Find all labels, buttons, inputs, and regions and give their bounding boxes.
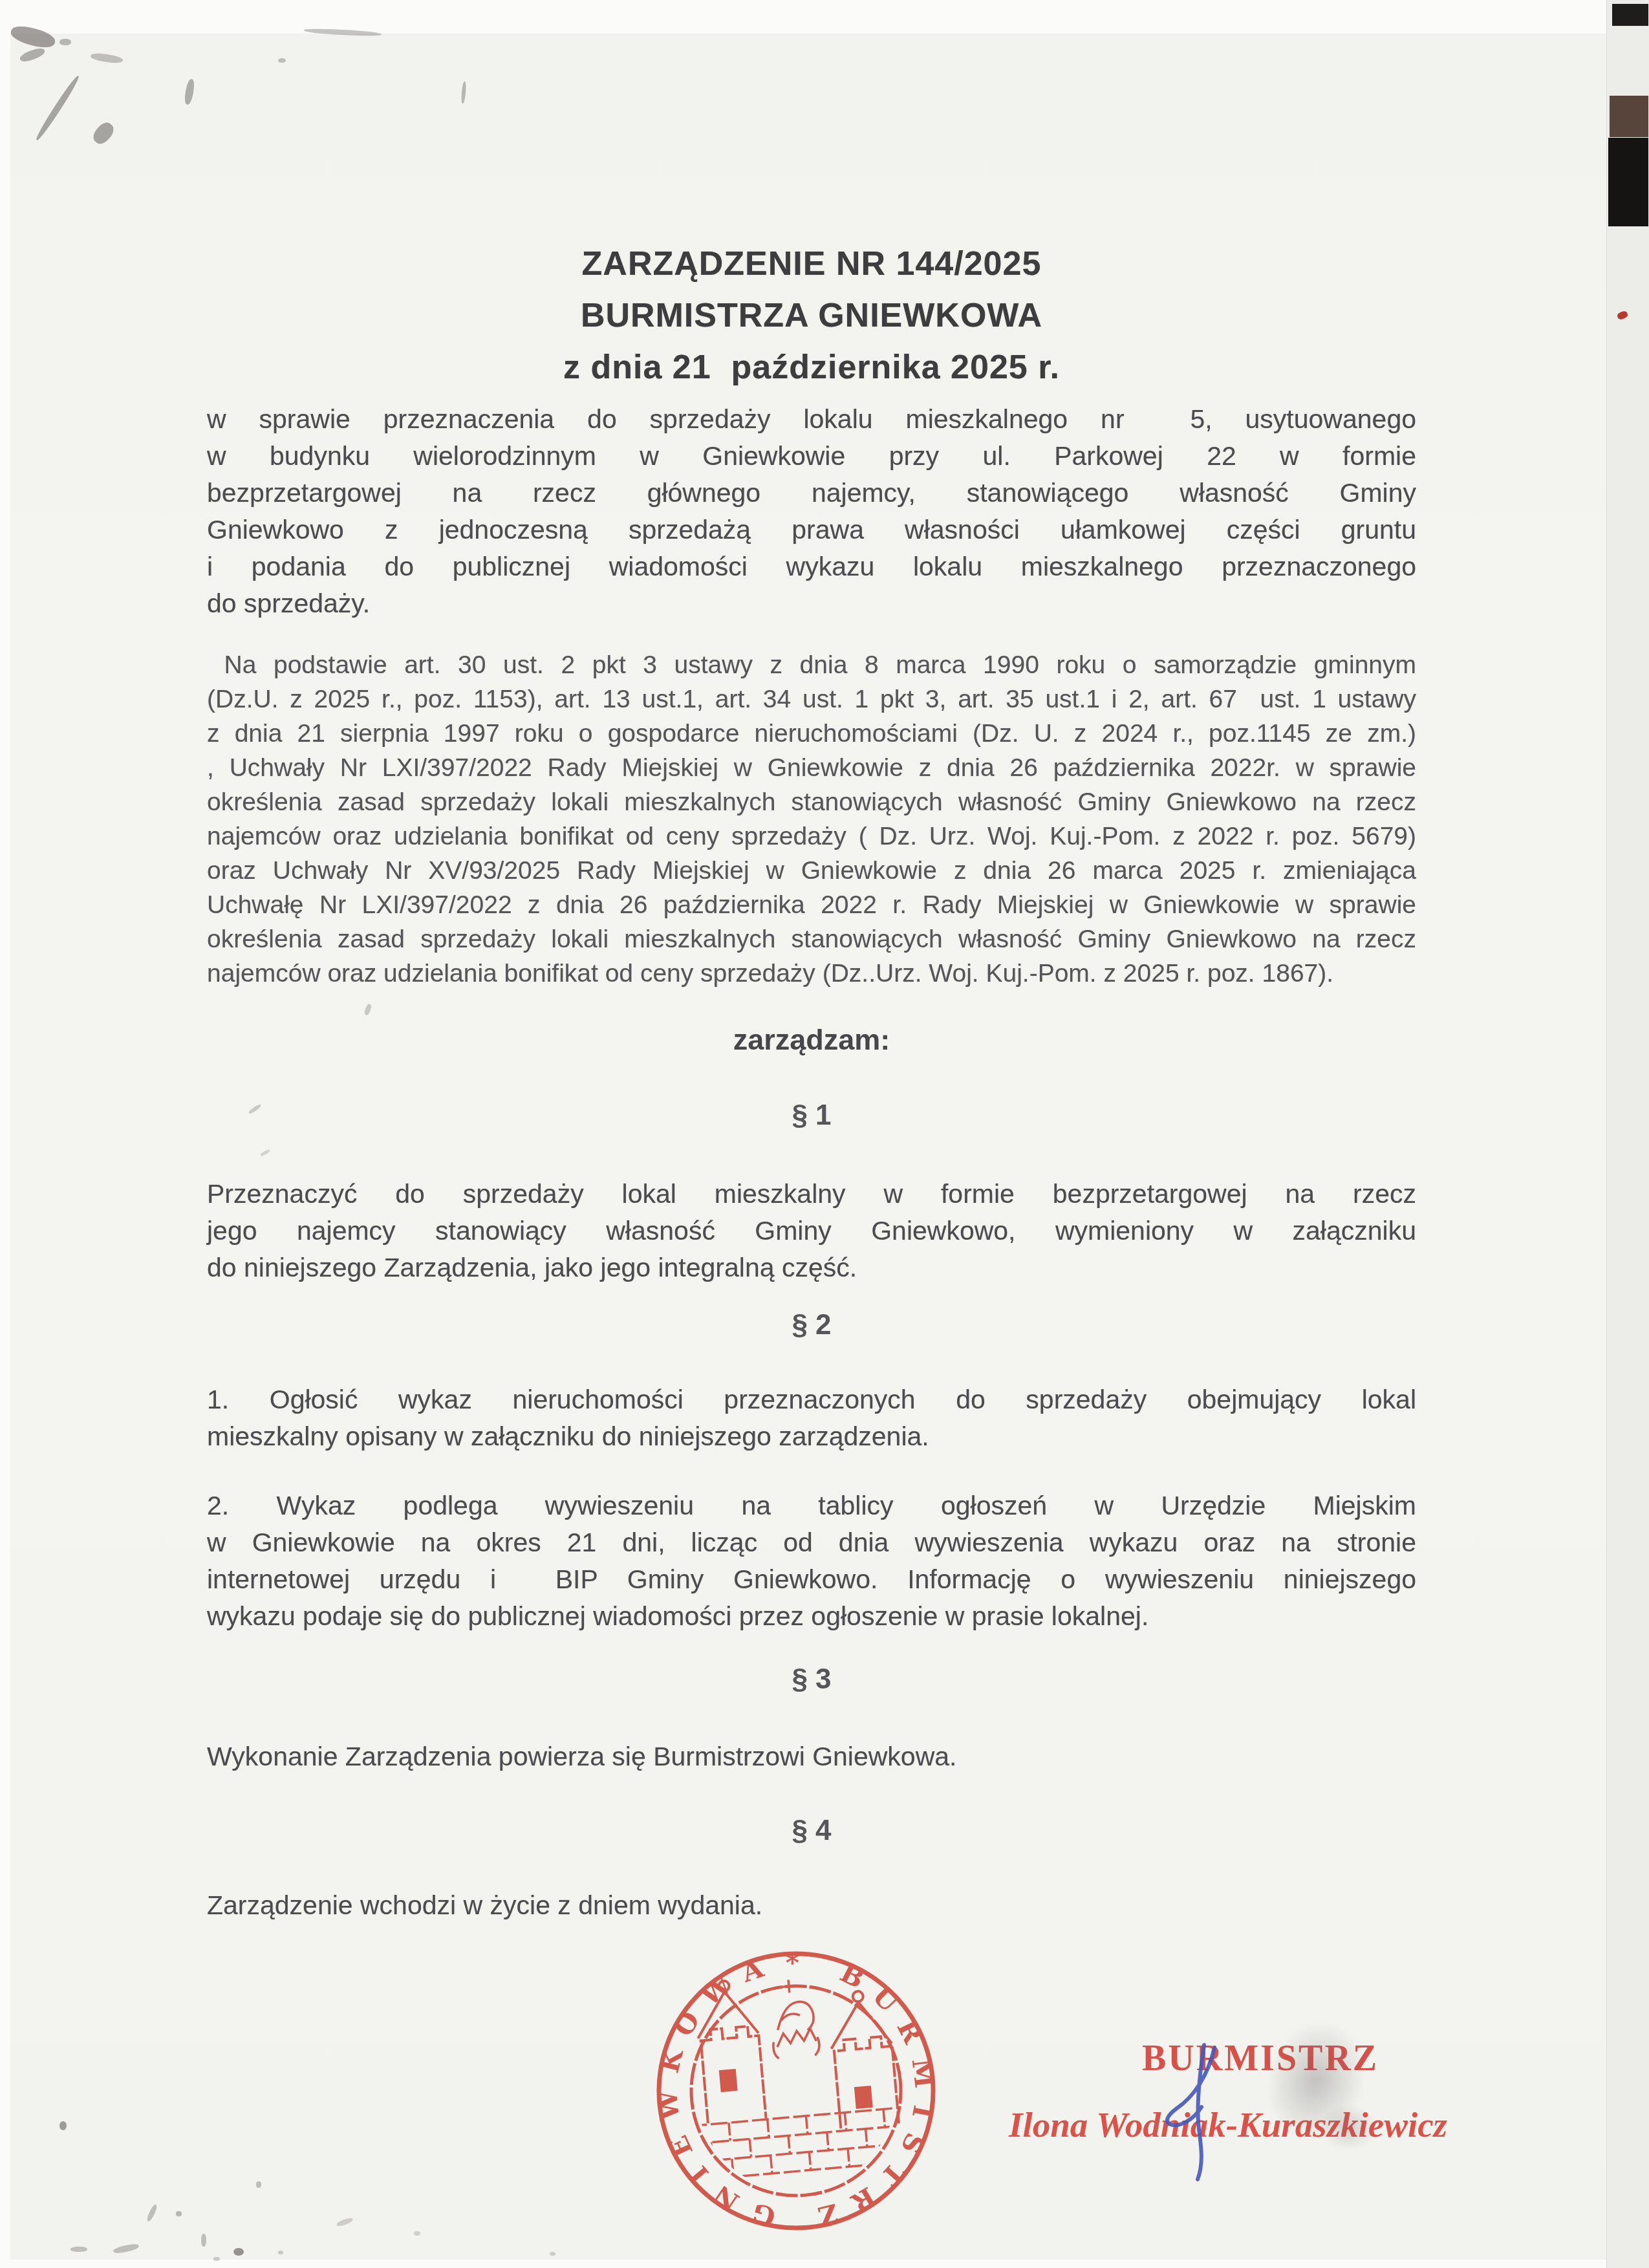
scan-mark bbox=[59, 39, 71, 45]
text-line: Zarządzenie wchodzi w życie z dniem wyda… bbox=[207, 1887, 1416, 1924]
section-3-symbol: § 3 bbox=[207, 1663, 1416, 1696]
text-line: określenia zasad sprzedaży lokali mieszk… bbox=[207, 785, 1416, 819]
text-line: z dnia 21 sierpnia 1997 roku o gospodarc… bbox=[207, 717, 1416, 751]
title-line-issuer: BURMISTRZA GNIEWKOWA bbox=[207, 290, 1416, 341]
document-title: ZARZĄDZENIE NR 144/2025 BURMISTRZA GNIEW… bbox=[207, 238, 1416, 393]
scan-mark bbox=[213, 2257, 220, 2261]
scan-mark bbox=[278, 2251, 283, 2254]
scan-smudge-small bbox=[1319, 2105, 1377, 2150]
scan-mark bbox=[414, 2231, 420, 2236]
ordering-word: zarządzam: bbox=[207, 1023, 1416, 1057]
text-line: Wykonanie Zarządzenia powierza się Burmi… bbox=[207, 1738, 1416, 1775]
scan-mark bbox=[233, 2248, 244, 2256]
municipal-seal-icon: * BURMISTRZ GNIEWKOWA bbox=[636, 1931, 956, 2251]
text-line: najemców oraz udzielania bonifikat od ce… bbox=[207, 956, 1416, 991]
text-line: najemców oraz udzielania bonifikat od ce… bbox=[207, 819, 1416, 854]
text-line: bezprzetargowej na rzecz głównego najemc… bbox=[207, 475, 1416, 512]
text-line: Przeznaczyć do sprzedaży lokal mieszkaln… bbox=[207, 1176, 1416, 1213]
scan-mark bbox=[256, 2181, 261, 2188]
text-line: w Gniewkowie na okres 21 dni, licząc od … bbox=[207, 1524, 1416, 1561]
scan-artifact-blob bbox=[1610, 96, 1648, 137]
scan-mark bbox=[201, 2234, 206, 2247]
text-line: i podania do publicznej wiadomości wykaz… bbox=[207, 548, 1416, 585]
title-line-date: z dnia 21 października 2025 r. bbox=[207, 341, 1416, 393]
text-line: wykazu podaje się do publicznej wiadomoś… bbox=[207, 1598, 1416, 1635]
text-line: internetowej urzędu i BIP Gminy Gniewkow… bbox=[207, 1561, 1416, 1598]
scan-artifact-blob bbox=[1612, 4, 1648, 26]
text-line: Uchwałę Nr LXI/397/2022 z dnia 26 paździ… bbox=[207, 888, 1416, 922]
scan-mark bbox=[59, 2121, 67, 2130]
subject-paragraph: w sprawie przeznaczenia do sprzedaży lok… bbox=[207, 401, 1416, 622]
text-line: oraz Uchwały Nr XV/93/2025 Rady Miejskie… bbox=[207, 854, 1416, 888]
text-line: Na podstawie art. 30 ust. 2 pkt 3 ustawy… bbox=[207, 648, 1416, 682]
text-line: , Uchwały Nr LXI/397/2022 Rady Miejskiej… bbox=[207, 751, 1416, 785]
text-line: Gniewkowo z jednoczesną sprzedażą prawa … bbox=[207, 512, 1416, 548]
text-line: do sprzedaży. bbox=[207, 585, 1416, 622]
text-line: określenia zasad sprzedaży lokali mieszk… bbox=[207, 922, 1416, 956]
scan-mark bbox=[176, 2211, 182, 2216]
text-line: 2. Wykaz podlega wywieszeniu na tablicy … bbox=[207, 1487, 1416, 1524]
section-2-symbol: § 2 bbox=[207, 1309, 1416, 1341]
section-2-paragraph-1: 1. Ogłosić wykaz nieruchomości przeznacz… bbox=[207, 1381, 1416, 1455]
text-line: (Dz.U. z 2025 r., poz. 1153), art. 13 us… bbox=[207, 682, 1416, 717]
scan-artifact-red-speck bbox=[1617, 310, 1629, 321]
seal-ring-text: * BURMISTRZ GNIEWKOWA bbox=[640, 1935, 952, 2247]
scan-mark bbox=[278, 58, 286, 63]
text-line: mieszkalny opisany w załączniku do ninie… bbox=[207, 1418, 1416, 1455]
text-line: 1. Ogłosić wykaz nieruchomości przeznacz… bbox=[207, 1381, 1416, 1418]
section-2-paragraph-2: 2. Wykaz podlega wywieszeniu na tablicy … bbox=[207, 1487, 1416, 1635]
scan-artifact-blob bbox=[1608, 138, 1648, 226]
text-line: jego najemcy stanowiący własność Gminy G… bbox=[207, 1213, 1416, 1249]
text-line: w sprawie przeznaczenia do sprzedaży lok… bbox=[207, 401, 1416, 438]
section-1-symbol: § 1 bbox=[207, 1099, 1416, 1132]
section-4-paragraph: Zarządzenie wchodzi w życie z dniem wyda… bbox=[207, 1887, 1416, 1924]
scan-mark bbox=[550, 2252, 555, 2256]
text-line: do niniejszego Zarządzenia, jako jego in… bbox=[207, 1249, 1416, 1286]
scan-mark bbox=[70, 2247, 87, 2252]
section-3-paragraph: Wykonanie Zarządzenia powierza się Burmi… bbox=[207, 1738, 1416, 1775]
title-line-number: ZARZĄDZENIE NR 144/2025 bbox=[207, 238, 1416, 290]
legal-basis-paragraph: Na podstawie art. 30 ust. 2 pkt 3 ustawy… bbox=[207, 648, 1416, 991]
scanned-ordinance-page: { "document": { "title_lines": [ "ZARZĄD… bbox=[0, 0, 1649, 2268]
scanner-edge-strip bbox=[1606, 0, 1649, 2268]
text-line: w budynku wielorodzinnym w Gniewkowie pr… bbox=[207, 438, 1416, 475]
section-1-paragraph: Przeznaczyć do sprzedaży lokal mieszkaln… bbox=[207, 1176, 1416, 1286]
section-4-symbol: § 4 bbox=[207, 1815, 1416, 1847]
handwritten-signature bbox=[1138, 2018, 1248, 2199]
